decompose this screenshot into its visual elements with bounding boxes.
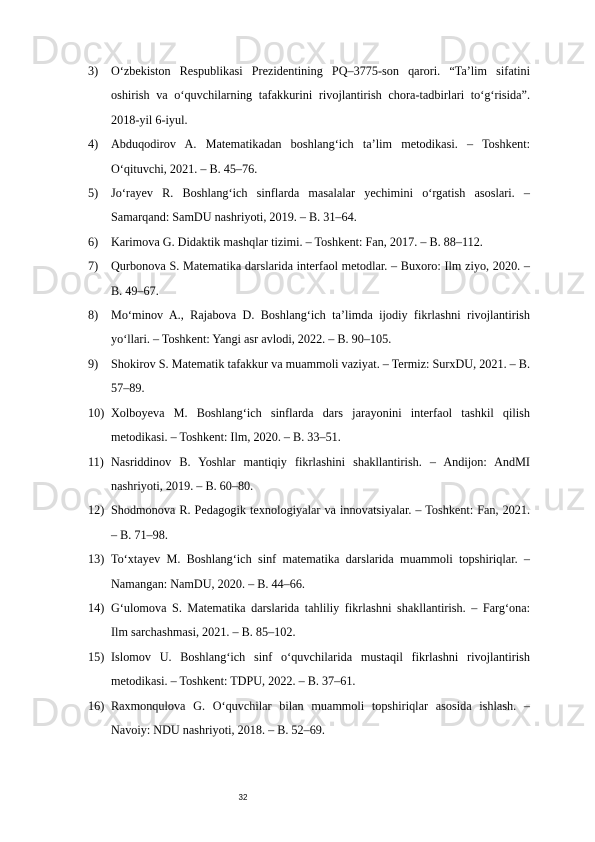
reference-text: Shodmonova R. Pedagogik texnologiyalar v…	[111, 498, 530, 547]
reference-text: O‘zbekiston Respublikasi Prezidentining …	[111, 59, 530, 132]
reference-text: Nasriddinov B. Yoshlar mantiqiy fikrlash…	[111, 450, 530, 499]
reference-number: 10)	[88, 401, 104, 425]
reference-number: 13)	[88, 547, 104, 571]
reference-item: 5) Jo‘rayev R. Boshlang‘ich sinflarda ma…	[88, 181, 530, 230]
reference-text: To‘xtayev M. Boshlang‘ich sinf matematik…	[111, 547, 530, 596]
reference-number: 5)	[88, 181, 98, 205]
reference-item: 10) Xolboyeva M. Boshlang‘ich sinflarda …	[88, 401, 530, 450]
reference-item: 12) Shodmonova R. Pedagogik texnologiyal…	[88, 498, 530, 547]
reference-text: Raxmonqulova G. O‘quvchilar bilan muammo…	[111, 694, 530, 743]
reference-text: Islomov U. Boshlang‘ich sinf o‘quvchilar…	[111, 645, 530, 694]
reference-item: 4) Abduqodirov A. Matematikadan boshlang…	[88, 132, 530, 181]
reference-text: Karimova G. Didaktik mashqlar tizimi. – …	[111, 230, 530, 254]
reference-number: 16)	[88, 694, 104, 718]
reference-item: 7) Qurbonova S. Matematika darslarida in…	[88, 254, 530, 303]
reference-list: 3) O‘zbekiston Respublikasi Prezidentini…	[88, 59, 530, 742]
reference-item: 13) To‘xtayev M. Boshlang‘ich sinf matem…	[88, 547, 530, 596]
reference-text: Jo‘rayev R. Boshlang‘ich sinflarda masal…	[111, 181, 530, 230]
reference-item: 15) Islomov U. Boshlang‘ich sinf o‘quvch…	[88, 645, 530, 694]
reference-number: 11)	[88, 450, 104, 474]
reference-item: 6) Karimova G. Didaktik mashqlar tizimi.…	[88, 230, 530, 254]
reference-item: 8) Mo‘minov A., Rajabova D. Boshlang‘ich…	[88, 303, 530, 352]
reference-number: 12)	[88, 498, 104, 522]
document-page: Docx.uz Docx.uz Docx.uz Docx.uz Docx.uz …	[0, 0, 595, 842]
reference-number: 14)	[88, 596, 104, 620]
reference-number: 3)	[88, 59, 98, 83]
reference-number: 8)	[88, 303, 98, 327]
reference-number: 9)	[88, 352, 98, 376]
reference-text: G‘ulomova S. Matematika darslarida tahli…	[111, 596, 530, 645]
reference-item: 11) Nasriddinov B. Yoshlar mantiqiy fikr…	[88, 450, 530, 499]
reference-item: 3) O‘zbekiston Respublikasi Prezidentini…	[88, 59, 530, 132]
reference-text: Abduqodirov A. Matematikadan boshlang‘ic…	[111, 132, 530, 181]
reference-number: 7)	[88, 254, 98, 278]
reference-number: 15)	[88, 645, 104, 669]
reference-number: 6)	[88, 230, 98, 254]
reference-text: Shokirov S. Matematik tafakkur va muammo…	[111, 352, 530, 401]
page-number: 32	[236, 792, 250, 804]
reference-item: 14) G‘ulomova S. Matematika darslarida t…	[88, 596, 530, 645]
reference-text: Qurbonova S. Matematika darslarida inter…	[111, 254, 530, 303]
reference-text: Xolboyeva M. Boshlang‘ich sinflarda dars…	[111, 401, 530, 450]
reference-item: 9) Shokirov S. Matematik tafakkur va mua…	[88, 352, 530, 401]
reference-text: Mo‘minov A., Rajabova D. Boshlang‘ich ta…	[111, 303, 530, 352]
reference-number: 4)	[88, 132, 98, 156]
reference-item: 16) Raxmonqulova G. O‘quvchilar bilan mu…	[88, 694, 530, 743]
